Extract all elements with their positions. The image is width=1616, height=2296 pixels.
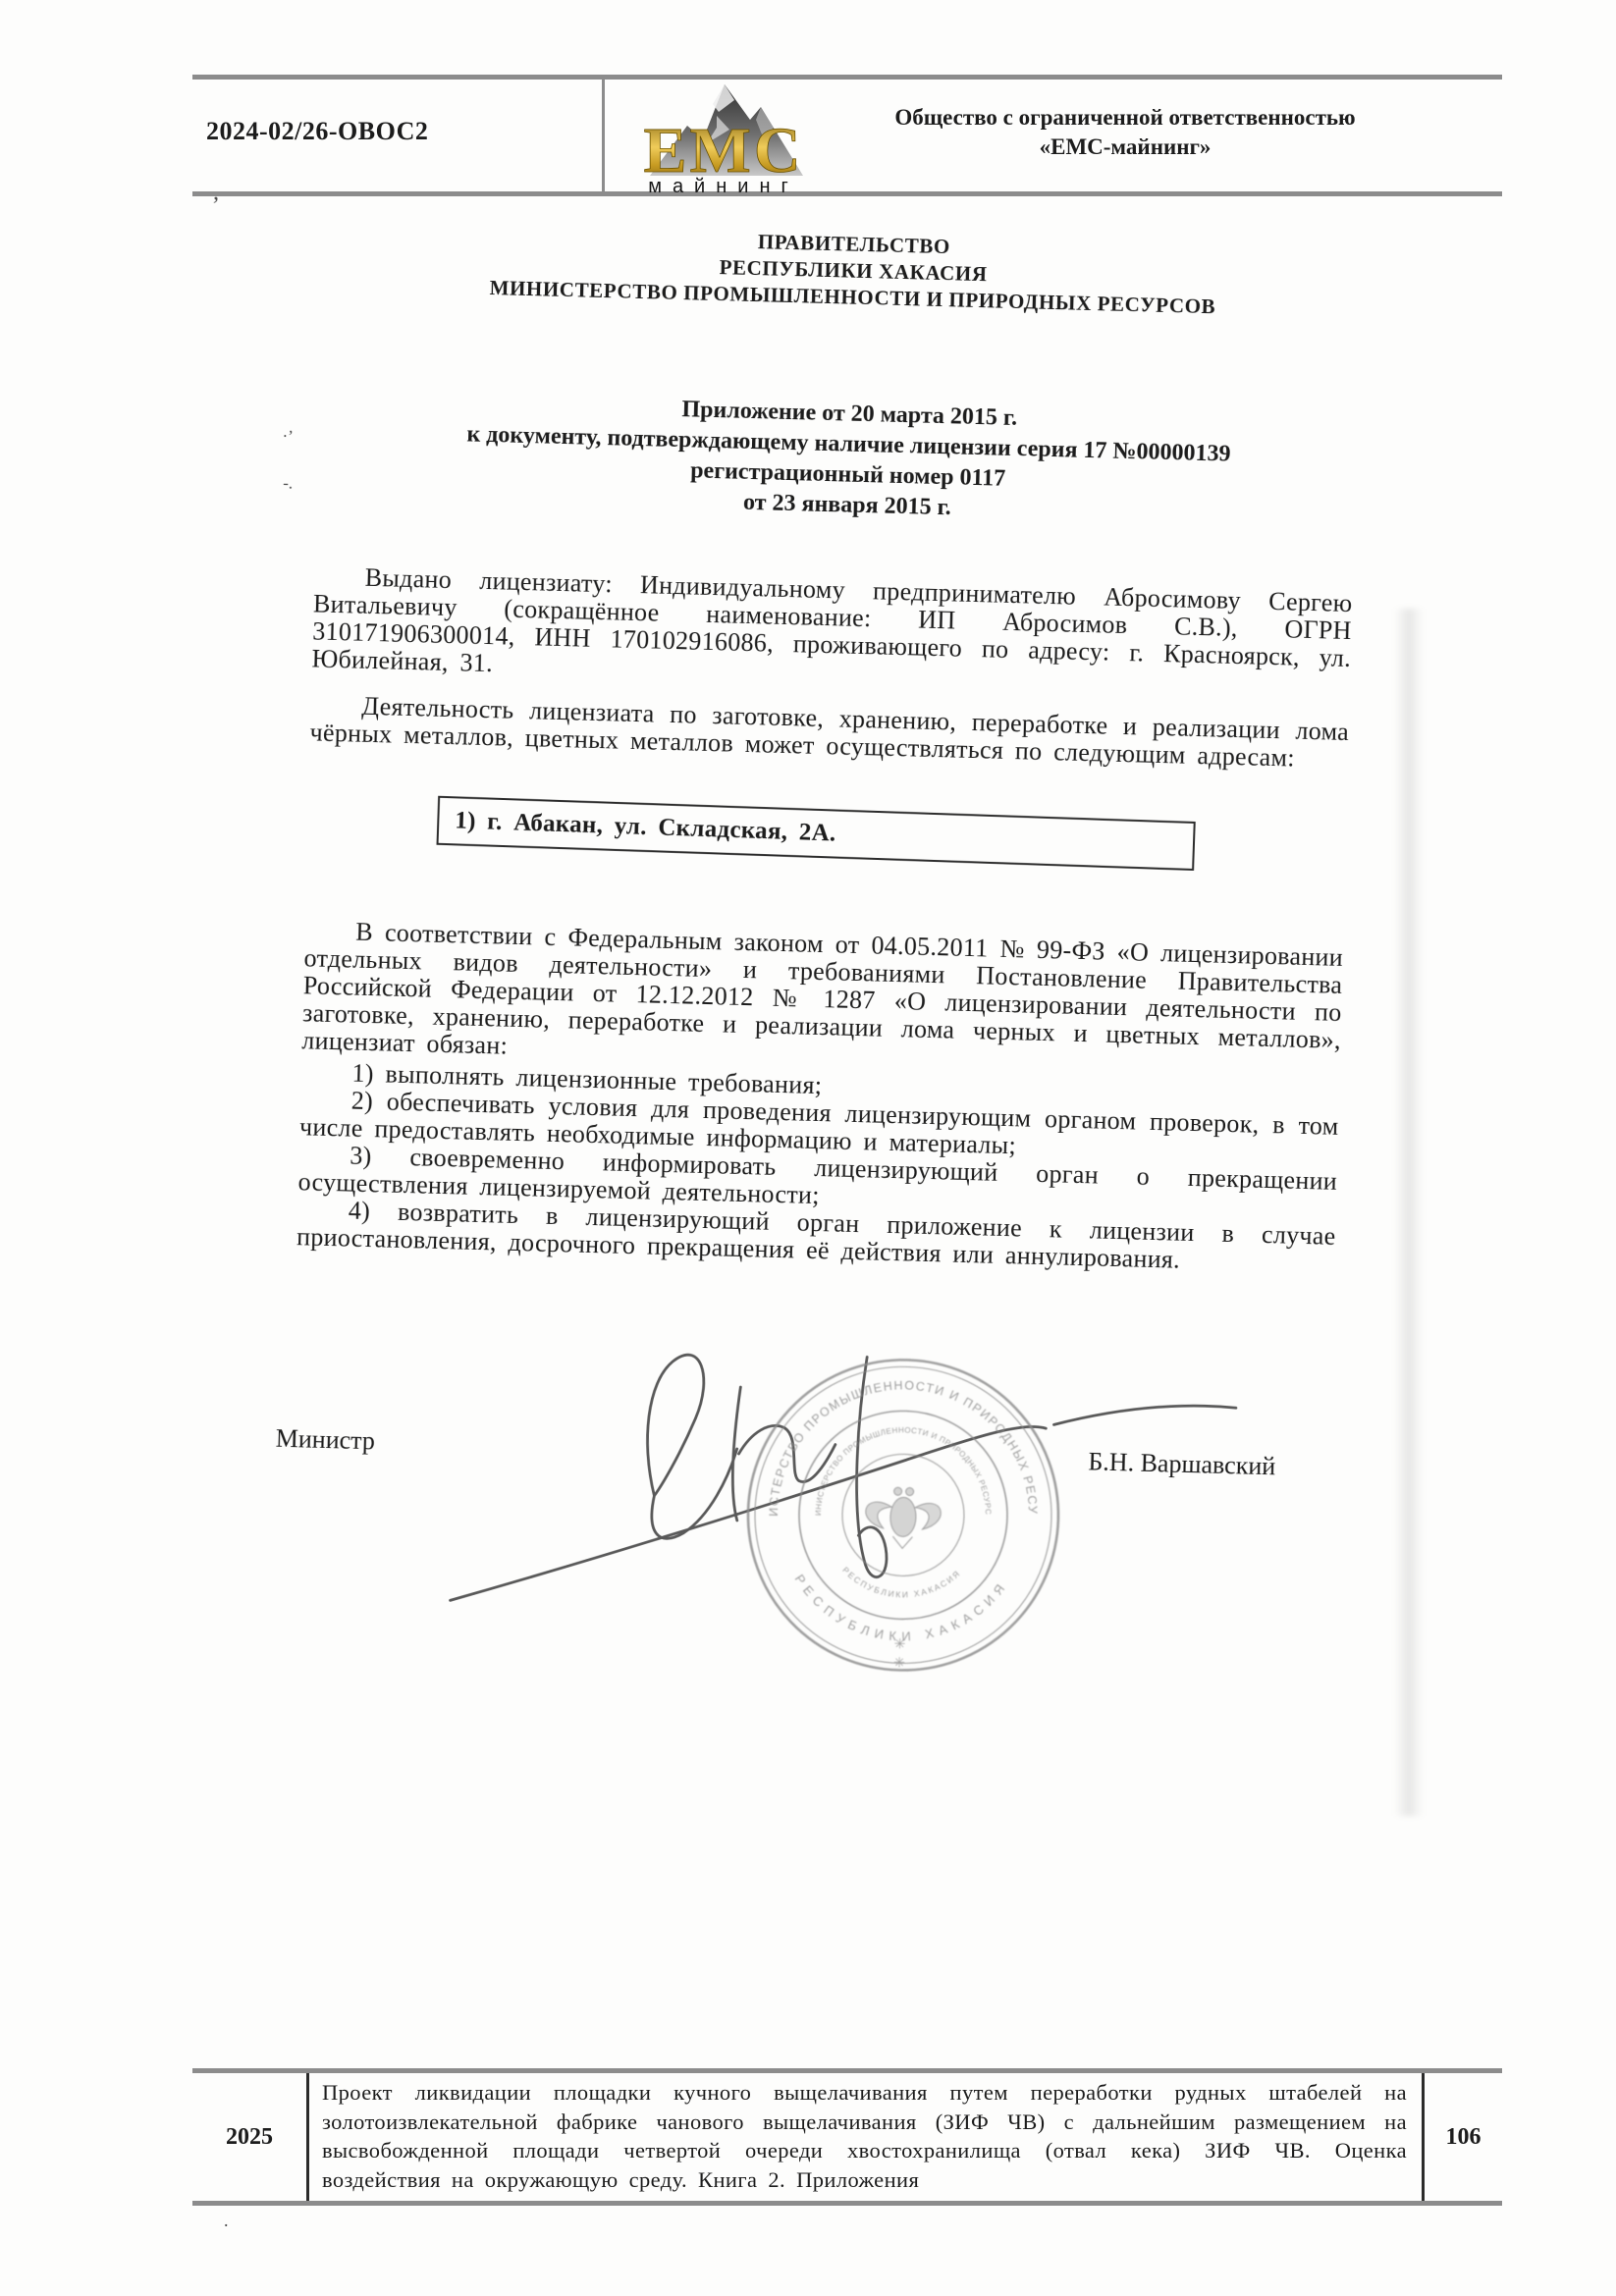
paragraph-law: В соответствии с Федеральным законом от … [301, 917, 1343, 1082]
ministry-round-seal: МИНИСТЕРСТВО ПРОМЫШЛЕННОСТИ И ПРИРОДНЫХ … [732, 1344, 1075, 1686]
signer-post: Министр [275, 1424, 375, 1457]
company-name: Общество с ограниченной ответственностью… [752, 103, 1498, 162]
page-footer: 2025 Проект ликвидации площадки кучного … [192, 2068, 1502, 2206]
scanned-license-page: 2024-02/26-ОВОС2 [0, 0, 1616, 2296]
document-body: Выдано лицензиату: Индивидуальному предп… [296, 562, 1353, 1277]
logo-mining-text: майнинг [648, 176, 799, 196]
svg-text:РЕСПУБЛИКИ ХАКАСИЯ: РЕСПУБЛИКИ ХАКАСИЯ [839, 1565, 962, 1601]
seal-star: ✳ [893, 1654, 905, 1670]
document-code: 2024-02/26-ОВОС2 [206, 117, 428, 146]
page-header: 2024-02/26-ОВОС2 [192, 75, 1502, 196]
company-name-line2: «ЕМС-майнинг» [752, 133, 1498, 162]
seal-emblem-eagle [865, 1486, 942, 1549]
scan-shadow-streak [1394, 609, 1424, 1816]
footer-year: 2025 [192, 2073, 306, 2201]
address-box-text: 1) г. Абакан, ул. Складская, 2А. [455, 807, 836, 847]
paragraph-licensee: Выдано лицензиату: Индивидуальному предп… [311, 562, 1353, 700]
scanned-document-content: ’ ·’ -. ПРАВИТЕЛЬСТВО РЕСПУБЛИКИ ХАКАСИЯ… [147, 192, 1420, 1951]
company-name-line1: Общество с ограниченной ответственностью [752, 103, 1498, 133]
annex-title: Приложение от 20 марта 2015 г. к докумен… [185, 382, 1513, 538]
address-box: 1) г. Абакан, ул. Складская, 2А. [437, 796, 1196, 871]
seal-star: ✳ [893, 1635, 905, 1651]
government-letterhead: ПРАВИТЕЛЬСТВО РЕСПУБЛИКИ ХАКАСИЯ МИНИСТЕ… [189, 214, 1517, 328]
header-cell-divider [602, 80, 605, 191]
footer-page-number: 106 [1425, 2073, 1502, 2201]
footer-project-description: Проект ликвидации площадки кучного выщел… [309, 2073, 1422, 2201]
seal-ring-text: РЕСПУБЛИКИ ХАКАСИЯ [839, 1565, 962, 1601]
scan-speck: . [224, 2211, 229, 2231]
paragraph-activity: Деятельность лицензиата по заготовке, хр… [309, 691, 1349, 774]
